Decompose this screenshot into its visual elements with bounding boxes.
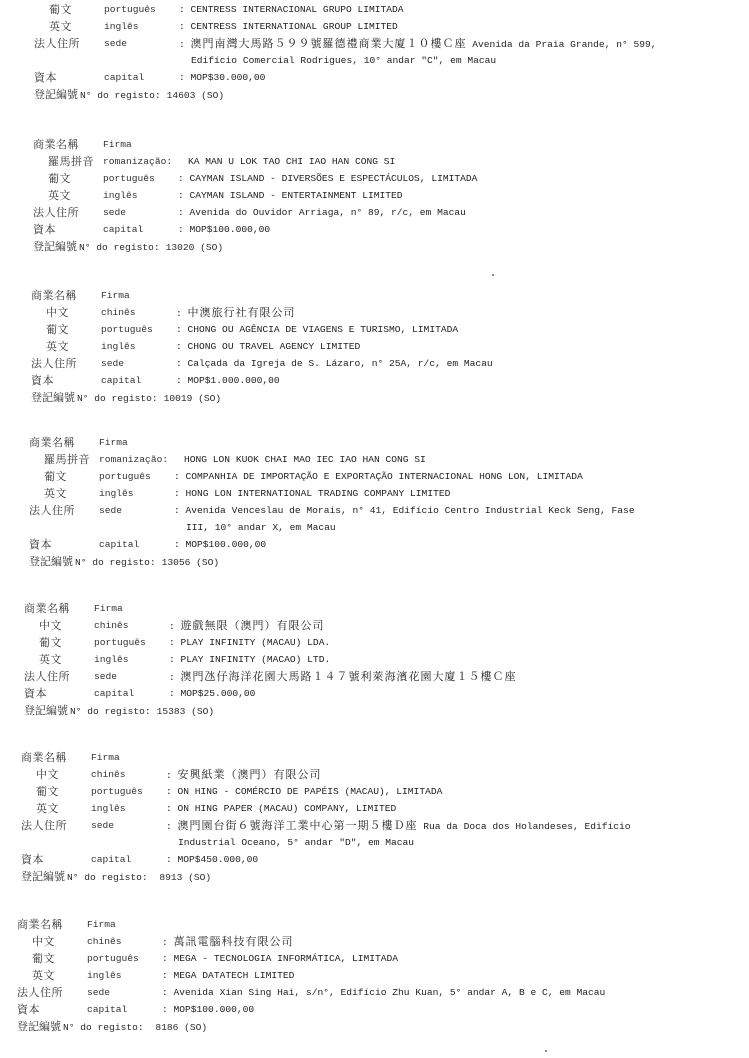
label-firma-zh: 商業名稱 [33,136,79,153]
label-firma-pt: Firma [87,916,116,933]
label-chines-zh: 中文 [39,617,62,634]
value-registo: 15383 (SO) [157,706,215,717]
value-capital: : MOP$1.000.000,00 [176,372,280,389]
value-portugues: : ON HING - COMÉRCIO DE PAPÉIS (MACAU), … [166,783,442,800]
scan-speck [492,274,494,276]
label-firma-zh: 商業名稱 [21,749,67,766]
label-sede-zh: 法人住所 [29,502,75,519]
value-ingles: : ON HING PAPER (MACAU) COMPANY, LIMITED [166,800,396,817]
scan-speck [545,1050,547,1052]
label-capital-pt: capital [104,69,144,86]
label-capital-pt: capital [87,1001,127,1018]
label-firma-zh: 商業名稱 [31,287,77,304]
label-firma-pt: Firma [103,136,132,153]
label-firma-pt: Firma [99,434,128,451]
label-ingles-pt: inglês [87,967,122,984]
label-portugues-zh: 葡文 [48,170,71,187]
value-sede-line2: III, 10° andar X, em Macau [186,519,336,536]
label-portugues-zh: 葡文 [46,321,69,338]
label-firma-zh: 商業名稱 [29,434,75,451]
label-capital-pt: capital [103,221,143,238]
value-romanizacao: KA MAN U LOK TAO CHI IAO HAN CONG SI [188,153,395,170]
value-registo: 13020 (SO) [166,242,224,253]
value-sede: : Avenida do Ouvidor Arriaga, n° 89, r/c… [178,204,466,221]
registo-line: 登記編號N° do registo:15383 (SO) [24,702,214,720]
registo-line: 登記編號N° do registo: 8913 (SO) [21,868,211,886]
value-sede: : 澳門氹仔海洋花園大馬路１４７號利萊海濱花園大廈１５樓Ｃ座 [169,668,517,686]
value-capital: : MOP$100.000,00 [178,221,270,238]
label-ingles-zh: 英文 [44,485,67,502]
label-chines-zh: 中文 [46,304,69,321]
label-capital-zh: 資本 [21,851,44,868]
label-portugues-zh: 葡文 [39,634,62,651]
value-registo: 8186 (SO) [150,1022,208,1033]
label-sede-zh: 法人住所 [31,355,77,372]
value-ingles: : HONG LON INTERNATIONAL TRADING COMPANY… [174,485,450,502]
value-ingles: : CAYMAN ISLAND - ENTERTAINMENT LIMITED [178,187,403,204]
value-sede: : 澳門園台街６號海洋工業中心第一期５樓Ｄ座 Rua da Doca dos H… [166,817,631,835]
label-sede-pt: sede [99,502,122,519]
value-capital: : MOP$450.000,00 [166,851,258,868]
registo-line: 登記編號N° do registo: 8186 (SO) [17,1018,207,1036]
value-chines: : 萬訊電腦科技有限公司 [162,933,294,951]
value-portugues: : PLAY INFINITY (MACAU) LDA. [169,634,330,651]
label-capital-zh: 資本 [34,69,57,86]
label-ingles-zh: 英文 [49,18,72,35]
label-ingles-zh: 英文 [36,800,59,817]
label-ingles-pt: inglês [104,18,139,35]
value-registo: 8913 (SO) [154,872,212,883]
value-ingles: : MEGA DATATECH LIMITED [162,967,294,984]
label-portugues-zh: 葡文 [49,1,72,18]
value-registo: 14603 (SO) [167,90,225,101]
value-ingles: : CENTRESS INTERNATIONAL GROUP LIMITED [179,18,398,35]
label-firma-pt: Firma [101,287,130,304]
label-sede-pt: sede [91,817,114,834]
label-firma-zh: 商業名稱 [17,916,63,933]
label-sede-pt: sede [104,35,127,52]
value-portugues: : CENTRESS INTERNACIONAL GRUPO LIMITADA [179,1,404,18]
label-ingles-pt: inglês [99,485,134,502]
label-portugues-pt: português [94,634,146,651]
value-chines: : 安興紙業（澳門）有限公司 [166,766,322,784]
value-sede: : Avenida Venceslau de Morais, n° 41, Ed… [174,502,635,519]
label-capital-zh: 資本 [17,1001,40,1018]
label-ingles-pt: inglês [103,187,138,204]
label-chines-zh: 中文 [36,766,59,783]
registo-line: 登記編號N° do registo:14603 (SO) [34,86,224,104]
label-ingles-zh: 英文 [48,187,71,204]
value-portugues: : CHONG OU AGÊNCIA DE VIAGENS E TURISMO,… [176,321,458,338]
label-sede-zh: 法人住所 [33,204,79,221]
value-chines: : 遊戲無限（澳門）有限公司 [169,617,325,635]
label-portugues-zh: 葡文 [32,950,55,967]
label-portugues-pt: português [104,1,156,18]
label-sede-pt: sede [101,355,124,372]
value-portugues: : CAYMAN ISLAND - DIVERSÕES E ESPECTÁCUL… [178,170,477,187]
label-portugues-pt: português [103,170,155,187]
label-capital-zh: 資本 [29,536,52,553]
label-romanizacao-pt: romanização: [103,153,172,170]
value-sede-line2: Edifício Comercial Rodrigues, 10° andar … [191,52,496,69]
label-sede-zh: 法人住所 [34,35,80,52]
label-capital-pt: capital [99,536,139,553]
registo-line: 登記編號N° do registo:13020 (SO) [33,238,223,256]
registo-line: 登記編號N° do registo:10019 (SO) [31,389,221,407]
label-ingles-zh: 英文 [39,651,62,668]
value-sede: : 澳門南灣大馬路５９９號羅德禮商業大廈１０樓Ｃ座 Avenida da Pra… [179,35,657,53]
value-portugues: : MEGA - TECNOLOGIA INFORMÁTICA, LIMITAD… [162,950,398,967]
label-capital-zh: 資本 [33,221,56,238]
label-ingles-pt: inglês [101,338,136,355]
label-firma-zh: 商業名稱 [24,600,70,617]
label-chines-zh: 中文 [32,933,55,950]
value-chines: : 中澳旅行社有限公司 [176,304,296,322]
label-sede-zh: 法人住所 [21,817,67,834]
value-capital: : MOP$100.000,00 [174,536,266,553]
value-portugues: : COMPANHIA DE IMPORTAÇÃO E EXPORTAÇÃO I… [174,468,583,485]
label-sede-pt: sede [94,668,117,685]
label-portugues-zh: 葡文 [36,783,59,800]
label-ingles-zh: 英文 [32,967,55,984]
value-sede-line2: Industrial Oceano, 5° andar "D", em Maca… [178,834,414,851]
label-firma-pt: Firma [91,749,120,766]
value-registo: 13056 (SO) [162,557,220,568]
value-ingles: : CHONG OU TRAVEL AGENCY LIMITED [176,338,360,355]
label-capital-pt: capital [91,851,131,868]
value-romanizacao: HONG LON KUOK CHAI MAO IEC IAO HAN CONG … [184,451,426,468]
label-chines-pt: chinês [91,766,126,783]
label-capital-pt: capital [94,685,134,702]
label-capital-zh: 資本 [24,685,47,702]
label-ingles-zh: 英文 [46,338,69,355]
label-sede-pt: sede [87,984,110,1001]
label-portugues-pt: português [99,468,151,485]
value-capital: : MOP$30.000,00 [179,69,265,86]
value-sede: : Avenida Xian Sing Hai, s/n°, Edifício … [162,984,605,1001]
label-sede-pt: sede [103,204,126,221]
label-romanizacao-zh: 羅馬拼音 [44,451,90,468]
label-capital-zh: 資本 [31,372,54,389]
value-registo: 10019 (SO) [164,393,222,404]
value-ingles: : PLAY INFINITY (MACAO) LTD. [169,651,330,668]
label-chines-pt: chinês [101,304,136,321]
label-portugues-zh: 葡文 [44,468,67,485]
registo-line: 登記編號N° do registo:13056 (SO) [29,553,219,571]
label-portugues-pt: português [101,321,153,338]
label-portugues-pt: português [91,783,143,800]
label-ingles-pt: inglês [91,800,126,817]
label-romanizacao-pt: romanização: [99,451,168,468]
value-capital: : MOP$25.000,00 [169,685,255,702]
label-sede-zh: 法人住所 [24,668,70,685]
value-capital: : MOP$100.000,00 [162,1001,254,1018]
label-sede-zh: 法人住所 [17,984,63,1001]
label-portugues-pt: português [87,950,139,967]
value-sede: : Calçada da Igreja de S. Lázaro, n° 25A… [176,355,493,372]
label-chines-pt: chinês [87,933,122,950]
label-romanizacao-zh: 羅馬拼音 [48,153,94,170]
label-firma-pt: Firma [94,600,123,617]
label-chines-pt: chinês [94,617,129,634]
label-ingles-pt: inglês [94,651,129,668]
label-capital-pt: capital [101,372,141,389]
